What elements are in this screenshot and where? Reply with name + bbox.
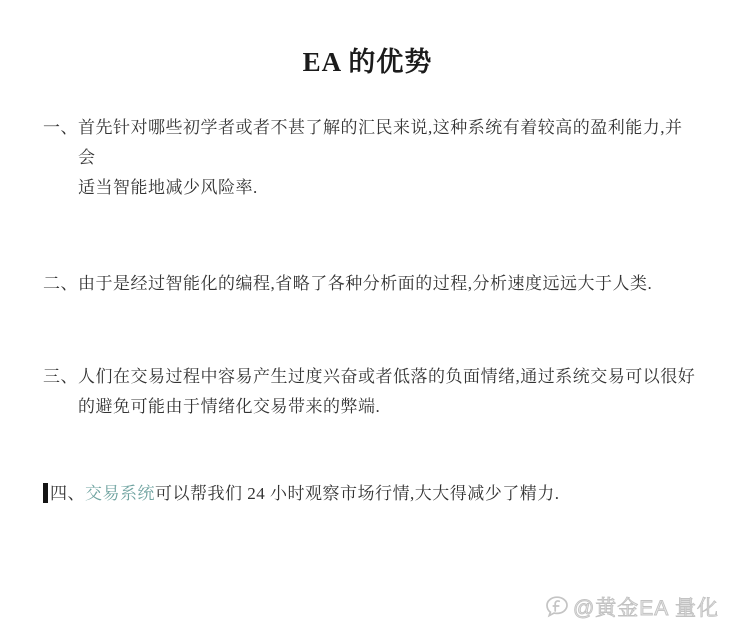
item-text-rest: 可以帮我们 24 小时观察市场行情,大大得减少了精力.: [155, 484, 560, 503]
item-number: 一、: [43, 113, 78, 203]
item-text-line: 适当智能地减少风险率.: [78, 178, 258, 197]
document-page: EA 的优势 一、 首先针对哪些初学者或者不甚了解的汇民来说,这种系统有着较高的…: [0, 0, 735, 636]
speech-bubble-logo-icon: [544, 594, 570, 620]
page-title: EA 的优势: [0, 46, 735, 78]
list-item-3: 三、 人们在交易过程中容易产生过度兴奋或者低落的负面情绪,通过系统交易可以很好 …: [43, 362, 697, 422]
list-item-1: 一、 首先针对哪些初学者或者不甚了解的汇民来说,这种系统有着较高的盈利能力,并会…: [43, 113, 697, 203]
item-text: 人们在交易过程中容易产生过度兴奋或者低落的负面情绪,通过系统交易可以很好 的避免…: [78, 362, 697, 422]
text-cursor: [43, 483, 48, 503]
item-text-line: 人们在交易过程中容易产生过度兴奋或者低落的负面情绪,通过系统交易可以很好: [78, 367, 695, 386]
item-text-line: 的避免可能由于情绪化交易带来的弊端.: [78, 397, 380, 416]
item-number-cell: 四、: [43, 479, 85, 509]
item-text-line: 由于是经过智能化的编程,省略了各种分析面的过程,分析速度远远大于人类.: [78, 274, 652, 293]
item-text: 由于是经过智能化的编程,省略了各种分析面的过程,分析速度远远大于人类.: [78, 269, 697, 299]
item-text-line: 首先针对哪些初学者或者不甚了解的汇民来说,这种系统有着较高的盈利能力,并会: [78, 118, 683, 167]
item-number: 四、: [50, 484, 85, 503]
item-number: 三、: [43, 362, 78, 422]
list-item-2: 二、 由于是经过智能化的编程,省略了各种分析面的过程,分析速度远远大于人类.: [43, 269, 697, 299]
item-text: 首先针对哪些初学者或者不甚了解的汇民来说,这种系统有着较高的盈利能力,并会 适当…: [78, 113, 697, 203]
watermark: @黄金EA 量化: [544, 592, 719, 622]
watermark-text: @黄金EA 量化: [573, 592, 719, 622]
trading-system-link[interactable]: 交易系统: [85, 484, 155, 503]
document-body: 一、 首先针对哪些初学者或者不甚了解的汇民来说,这种系统有着较高的盈利能力,并会…: [0, 113, 735, 509]
item-text: 交易系统可以帮我们 24 小时观察市场行情,大大得减少了精力.: [85, 479, 697, 509]
item-number: 二、: [43, 269, 78, 299]
list-item-4: 四、 交易系统可以帮我们 24 小时观察市场行情,大大得减少了精力.: [43, 479, 697, 509]
